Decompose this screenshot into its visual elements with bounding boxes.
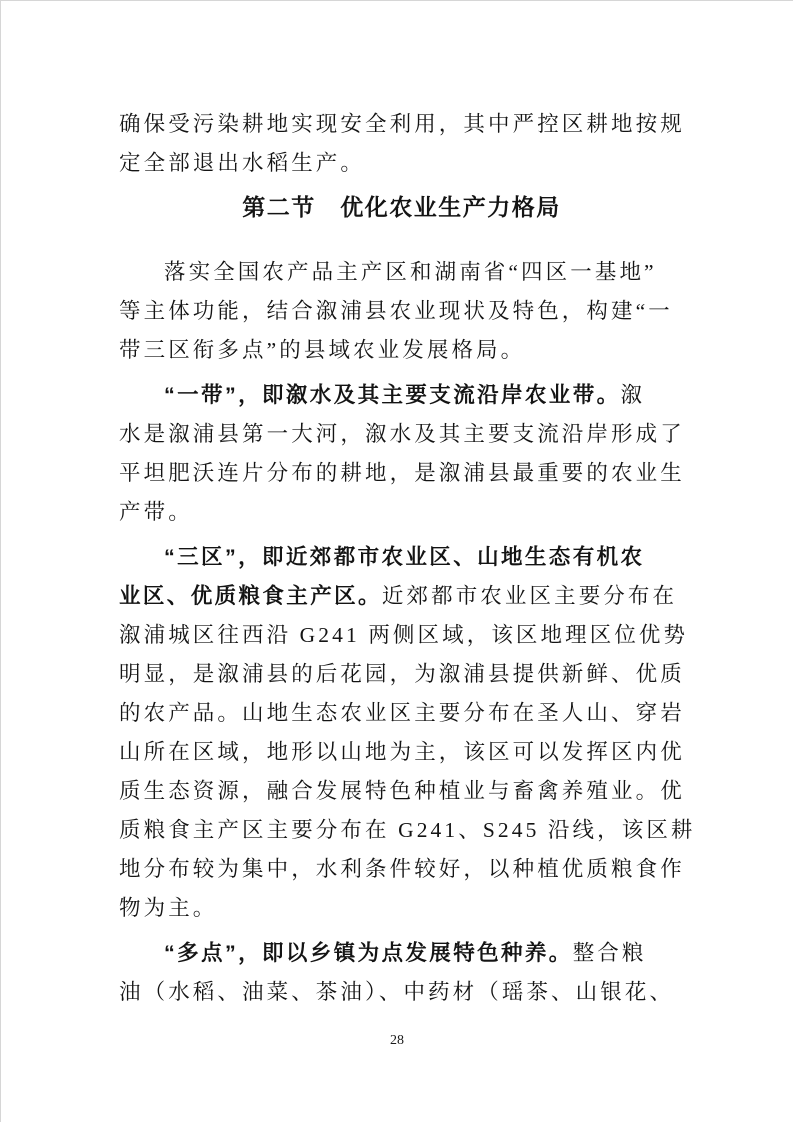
text-line: 带三区衔多点”的县域农业发展格局。	[119, 331, 684, 370]
bold-text-segment: “一带”，即溆水及其主要支流沿岸农业带。	[164, 383, 621, 407]
text-segment: 定全部退出水稻生产。	[119, 151, 365, 175]
paragraph: 落实全国农产品主产区和湖南省“四区一基地”等主体功能，结合溆浦县农业现状及特色，…	[119, 253, 684, 370]
text-segment: 近郊都市农业区主要分布在	[382, 584, 677, 608]
text-segment: 地分布较为集中，水利条件较好，以种植优质粮食作	[119, 857, 685, 881]
text-line: 物为主。	[119, 889, 684, 928]
text-line: 等主体功能，结合溆浦县农业现状及特色，构建“一	[119, 292, 684, 331]
text-segment: 的农产品。山地生态农业区主要分布在圣人山、穿岩	[119, 701, 685, 725]
text-segment: 平坦肥沃连片分布的耕地，是溆浦县最重要的农业生	[119, 461, 685, 485]
paragraph: 确保受污染耕地实现安全利用，其中严控区耕地按规定全部退出水稻生产。	[119, 105, 684, 183]
bold-text-segment: 业区、优质粮食主产区。	[119, 584, 382, 608]
text-line: 明显，是溆浦县的后花园，为溆浦县提供新鲜、优质	[119, 655, 684, 694]
text-segment: 质粮食主产区主要分布在 G241、S245 沿线，该区耕	[119, 818, 696, 842]
text-segment: 带三区衔多点”的县域农业发展格局。	[119, 338, 525, 362]
text-segment: 等主体功能，结合溆浦县农业现状及特色，构建“一	[119, 299, 673, 323]
text-line: 产带。	[119, 493, 684, 532]
text-line: 质生态资源，融合发展特色种植业与畜禽养殖业。优	[119, 772, 684, 811]
text-segment: 物为主。	[119, 896, 217, 920]
text-segment: 确保受污染耕地实现安全利用，其中严控区耕地按规	[119, 112, 685, 136]
text-segment: 明显，是溆浦县的后花园，为溆浦县提供新鲜、优质	[119, 662, 685, 686]
text-segment: 山所在区域，地形以山地为主，该区可以发挥区内优	[119, 740, 685, 764]
text-segment: 落实全国农产品主产区和湖南省“四区一基地”	[164, 260, 657, 284]
text-line: 质粮食主产区主要分布在 G241、S245 沿线，该区耕	[119, 811, 684, 850]
paragraph: “一带”，即溆水及其主要支流沿岸农业带。溆水是溆浦县第一大河，溆水及其主要支流沿…	[119, 376, 684, 532]
text-segment: 溆浦城区往西沿 G241 两侧区域，该区地理区位优势	[119, 623, 688, 647]
text-line: 溆浦城区往西沿 G241 两侧区域，该区地理区位优势	[119, 616, 684, 655]
bold-text-segment: “多点”，即以乡镇为点发展特色种养。	[164, 941, 573, 965]
page-number: 28	[1, 1032, 793, 1050]
text-line: 业区、优质粮食主产区。近郊都市农业区主要分布在	[119, 577, 684, 616]
text-segment: 水是溆浦县第一大河，溆水及其主要支流沿岸形成了	[119, 422, 685, 446]
paragraph: “多点”，即以乡镇为点发展特色种养。整合粮油（水稻、油菜、茶油）、中药材（瑶茶、…	[119, 934, 684, 1012]
text-line: “三区”，即近郊都市农业区、山地生态有机农	[119, 538, 684, 577]
text-segment: 油（水稻、油菜、茶油）、中药材（瑶茶、山银花、	[119, 980, 674, 1004]
text-line: 山所在区域，地形以山地为主，该区可以发挥区内优	[119, 733, 684, 772]
text-segment: 溆	[621, 383, 646, 407]
text-line: 平坦肥沃连片分布的耕地，是溆浦县最重要的农业生	[119, 454, 684, 493]
paragraph: “三区”，即近郊都市农业区、山地生态有机农业区、优质粮食主产区。近郊都市农业区主…	[119, 538, 684, 928]
text-line: “多点”，即以乡镇为点发展特色种养。整合粮	[119, 934, 684, 973]
text-line: 落实全国农产品主产区和湖南省“四区一基地”	[119, 253, 684, 292]
text-segment: 整合粮	[573, 941, 647, 965]
bold-text-segment: “三区”，即近郊都市农业区、山地生态有机农	[164, 545, 644, 569]
text-line: 确保受污染耕地实现安全利用，其中严控区耕地按规	[119, 105, 684, 144]
text-line: 油（水稻、油菜、茶油）、中药材（瑶茶、山银花、	[119, 973, 684, 1012]
text-line: 地分布较为集中，水利条件较好，以种植优质粮食作	[119, 850, 684, 889]
text-segment: 产带。	[119, 500, 193, 524]
text-line: 定全部退出水稻生产。	[119, 144, 684, 183]
text-content: 确保受污染耕地实现安全利用，其中严控区耕地按规定全部退出水稻生产。第二节 优化农…	[119, 105, 684, 1012]
text-line: “一带”，即溆水及其主要支流沿岸农业带。溆	[119, 376, 684, 415]
text-line: 的农产品。山地生态农业区主要分布在圣人山、穿岩	[119, 694, 684, 733]
section-heading: 第二节 优化农业生产力格局	[119, 185, 684, 229]
document-page: 确保受污染耕地实现安全利用，其中严控区耕地按规定全部退出水稻生产。第二节 优化农…	[0, 0, 793, 1122]
text-line: 水是溆浦县第一大河，溆水及其主要支流沿岸形成了	[119, 415, 684, 454]
text-segment: 质生态资源，融合发展特色种植业与畜禽养殖业。优	[119, 779, 685, 803]
